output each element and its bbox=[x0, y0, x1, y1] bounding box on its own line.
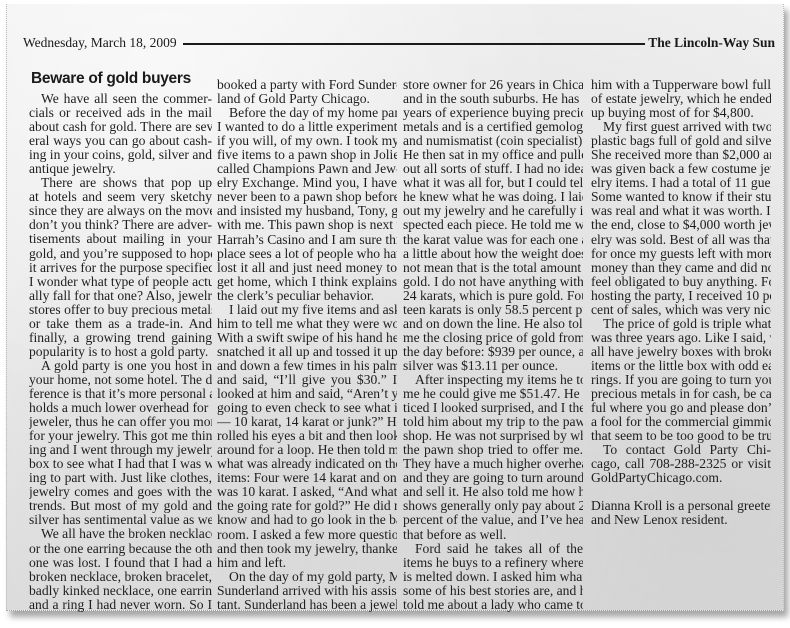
article-text-line: some of his best stories are, and he bbox=[403, 584, 583, 598]
article-text-line: jeweler, thus he can offer you more bbox=[29, 415, 212, 429]
article-text-line: and they are going to turn around bbox=[403, 471, 583, 485]
article-text-line: — 10 karat, 14 karat or junk?” He bbox=[217, 415, 397, 429]
article-text-line: know and had to go look in the back bbox=[217, 513, 397, 527]
article-text-line: and in the south suburbs. He has 28 bbox=[403, 92, 583, 106]
article-text-line: and insisted my husband, Tony, go bbox=[217, 204, 397, 218]
article-text-line: items: Four were 14 karat and one bbox=[217, 471, 397, 485]
article-text-line: Before the day of my home party bbox=[217, 106, 397, 120]
paragraph-spacer bbox=[591, 485, 771, 499]
article-text-line: hosting the party, I received 10 per- bbox=[591, 289, 771, 303]
article-text-line: metals and is a certified gemologist bbox=[403, 120, 583, 134]
article-text-line: trends. But most of my gold and bbox=[29, 499, 212, 513]
article-text-line: and numismatist (coin specialist). bbox=[403, 134, 583, 148]
article-text-line: that before as well. bbox=[403, 528, 583, 542]
article-text-line: if you will, of my own. I took my bbox=[217, 134, 397, 148]
article-text-line: about cash for gold. There are sev- bbox=[29, 120, 212, 134]
article-text-line: He then sat in my office and pulled bbox=[403, 148, 583, 162]
article-text-line: going to even check to see what it is bbox=[217, 401, 397, 415]
article-text-line: all have jewelry boxes with broken bbox=[591, 345, 771, 359]
article-text-line: at hotels and seem very sketchy bbox=[29, 190, 212, 204]
article-text-line: me he could give me $51.47. He no- bbox=[403, 387, 583, 401]
article-text-line: The price of gold is triple what it bbox=[591, 317, 771, 331]
article-text-line: broken necklace, broken bracelet, a bbox=[29, 570, 212, 584]
article-text-line: elry Exchange. Mind you, I have bbox=[217, 176, 397, 190]
article-text-line: finally, a growing trend gaining bbox=[29, 331, 212, 345]
article-text-line: Harrah’s Casino and I am sure this bbox=[217, 233, 397, 247]
article-text-line: items he buys to a refinery where it bbox=[403, 556, 583, 570]
article-text-line: ing and I went through my jewelry bbox=[29, 443, 212, 457]
article-text-line: was given back a few costume jew- bbox=[591, 162, 771, 176]
article-text-line: To contact Gold Party Chi- bbox=[591, 443, 771, 457]
article-text-line: one was lost. I found that I had a bbox=[29, 556, 212, 570]
article-text-line: box to see what I had that I was will- bbox=[29, 457, 212, 471]
article-text-line: percent of the value, and I’ve heard bbox=[403, 513, 583, 527]
article-text-line: ference is that it’s more personal and bbox=[29, 387, 212, 401]
article-text-line: badly kinked necklace, one earring bbox=[29, 584, 212, 598]
article-text-line: A gold party is one you host in bbox=[29, 359, 212, 373]
article-column-1: We have all seen the commer-cials or rec… bbox=[29, 92, 212, 612]
article-text-line: get home, which I think explains bbox=[217, 275, 397, 289]
article-text-line: rolled his eyes a bit and then looked bbox=[217, 429, 397, 443]
article-text-line: the going rate for gold?” He did not bbox=[217, 499, 397, 513]
article-text-line: ing in your coins, gold, silver and bbox=[29, 148, 212, 162]
article-text-line: cials or received ads in the mail bbox=[29, 106, 212, 120]
article-text-line: me the closing price of gold from bbox=[403, 331, 583, 345]
article-text-line: him with a Tupperware bowl full bbox=[591, 78, 771, 92]
article-column-4: him with a Tupperware bowl fullof estate… bbox=[591, 78, 771, 528]
article-text-line: looked at him and said, “Aren’t you bbox=[217, 387, 397, 401]
article-text-line: place sees a lot of people who have bbox=[217, 247, 397, 261]
article-text-line: ful where you go and please don’t be bbox=[591, 401, 771, 415]
article-text-line: cent of sales, which was very nice. bbox=[591, 303, 771, 317]
article-text-line: I wanted to do a little experiment, bbox=[217, 120, 397, 134]
article-text-line: the karat value was for each one and bbox=[403, 233, 583, 247]
article-text-line: and a ring I had never worn. So I bbox=[29, 598, 212, 612]
article-text-line: was real and what it was worth. In bbox=[591, 204, 771, 218]
article-text-line: for your jewelry. This got me think- bbox=[29, 429, 212, 443]
article-text-line: the clerk’s peculiar behavior. bbox=[217, 289, 397, 303]
article-text-line: a little about how the weight does bbox=[403, 247, 583, 261]
article-text-line: or the one earring because the other bbox=[29, 542, 212, 556]
masthead-rule bbox=[183, 43, 646, 45]
article-text-line: elry items. I had a total of 11 guests. bbox=[591, 176, 771, 190]
article-text-line: lost it all and just need money to bbox=[217, 261, 397, 275]
article-text-line: told me about a lady who came to bbox=[403, 598, 583, 612]
article-text-line: and sell it. He also told me how hotel bbox=[403, 485, 583, 499]
article-text-line: silver was $13.11 per ounce. bbox=[403, 359, 583, 373]
article-text-line: We all have the broken necklace bbox=[29, 527, 212, 541]
article-column-2: booked a party with Ford Sunder-land of … bbox=[217, 78, 397, 612]
article-text-line: and on down the line. He also told bbox=[403, 317, 583, 331]
masthead: Wednesday, March 18, 2009 The Lincoln-Wa… bbox=[23, 35, 775, 51]
article-text-line: for once my guests left with more bbox=[591, 247, 771, 261]
article-text-line: five items to a pawn shop in Joliet bbox=[217, 148, 397, 162]
article-text-line: or take them as a trade-in. And bbox=[29, 317, 212, 331]
article-text-line: not mean that is the total amount of bbox=[403, 261, 583, 275]
article-text-line: the pawn shop tried to offer me. bbox=[403, 443, 583, 457]
article-text-line: popularity is to host a gold party. bbox=[29, 345, 212, 359]
article-text-line: money than they came and did not bbox=[591, 261, 771, 275]
article-text-line: room. I asked a few more questions bbox=[217, 528, 397, 542]
article-text-line: GoldPartyChicago.com. bbox=[591, 471, 771, 485]
article-text-line: items or the little box with odd ear- bbox=[591, 359, 771, 373]
article-text-line: a fool for the commercial gimmicks bbox=[591, 415, 771, 429]
article-text-line: snatched it all up and tossed it up bbox=[217, 345, 397, 359]
article-text-line: jewelry comes and goes with the bbox=[29, 485, 212, 499]
article-text-line: and down a few times in his palm bbox=[217, 359, 397, 373]
article-text-line: ing to part with. Just like clothes, bbox=[29, 471, 212, 485]
publication-date: Wednesday, March 18, 2009 bbox=[23, 35, 177, 51]
article-text-line: cago, call 708-288-2325 or visit bbox=[591, 457, 771, 471]
article-column-3: store owner for 26 years in Chicagoand i… bbox=[403, 78, 583, 612]
article-text-line: what it was all for, but I could tell bbox=[403, 176, 583, 190]
article-text-line: feel obligated to buy anything. For bbox=[591, 275, 771, 289]
article-text-line: him and left. bbox=[217, 556, 397, 570]
article-text-line: My first guest arrived with two bbox=[591, 120, 771, 134]
article-text-line: what was already indicated on the bbox=[217, 457, 397, 471]
article-text-line: teen karats is only 58.5 percent pure bbox=[403, 303, 583, 317]
article-text-line: elry was sold. Best of all was that bbox=[591, 233, 771, 247]
article-text-line: spected each piece. He told me what bbox=[403, 218, 583, 232]
article-text-line: land of Gold Party Chicago. bbox=[217, 92, 397, 106]
article-text-line: him to tell me what they were worth. bbox=[217, 317, 397, 331]
article-text-line: he knew what he was doing. I laid bbox=[403, 190, 583, 204]
article-text-line: She received more than $2,000 and bbox=[591, 148, 771, 162]
article-text-line: of estate jewelry, which he ended bbox=[591, 92, 771, 106]
article-text-line: out all sorts of stuff. I had no idea bbox=[403, 162, 583, 176]
article-text-line: There are shows that pop up bbox=[29, 176, 212, 190]
article-text-line: since they are always on the move, bbox=[29, 204, 212, 218]
article-text-line: Sunderland arrived with his assis- bbox=[217, 584, 397, 598]
article-text-line: I laid out my five items and asked bbox=[217, 303, 397, 317]
article-text-line: silver has sentimental value as well. bbox=[29, 513, 212, 527]
article-text-line: After inspecting my items he told bbox=[403, 373, 583, 387]
article-text-line: Some wanted to know if their stuff bbox=[591, 190, 771, 204]
article-text-line: antique jewelry. bbox=[29, 162, 212, 176]
article-text-line: tisements about mailing in your bbox=[29, 232, 212, 246]
article-text-line: 24 karats, which is pure gold. Four- bbox=[403, 289, 583, 303]
article-text-line: booked a party with Ford Sunder- bbox=[217, 78, 397, 92]
article-text-line: don’t you think? There are adver- bbox=[29, 218, 212, 232]
article-text-line: up buying most of for $4,800. bbox=[591, 106, 771, 120]
article-text-line: your home, not some hotel. The dif- bbox=[29, 373, 212, 387]
article-text-line: shows generally only pay about 25 bbox=[403, 499, 583, 513]
article-text-line: years of experience buying precious bbox=[403, 106, 583, 120]
article-text-line: Ford said he takes all of the bbox=[403, 542, 583, 556]
article-text-line: was 10 karat. I asked, “And what is bbox=[217, 485, 397, 499]
article-text-line: eral ways you can go about cash- bbox=[29, 134, 212, 148]
article-text-line: gold. I do not have anything with bbox=[403, 275, 583, 289]
article-text-line: tant. Sunderland has been a jewelry bbox=[217, 598, 397, 612]
article-text-line: around for a loop. He then told me bbox=[217, 443, 397, 457]
article-text-line: is melted down. I asked him what bbox=[403, 570, 583, 584]
article-text-line: holds a much lower overhead for the bbox=[29, 401, 212, 415]
article-text-line: and said, “I’ll give you $30.” I bbox=[217, 373, 397, 387]
article-text-line: called Champions Pawn and Jew- bbox=[217, 162, 397, 176]
article-text-line: precious metals in for cash, be care- bbox=[591, 387, 771, 401]
article-text-line: ticed I looked surprised, and I then bbox=[403, 401, 583, 415]
article-text-line: On the day of my gold party, Mr. bbox=[217, 570, 397, 584]
article-text-line: and New Lenox resident. bbox=[591, 513, 771, 527]
article-text-line: the day before: $939 per ounce, and bbox=[403, 345, 583, 359]
article-text-line: the end, close to $4,000 worth jew- bbox=[591, 218, 771, 232]
article-text-line: I wonder what type of people actu- bbox=[29, 275, 212, 289]
article-text-line: Dianna Kroll is a personal greeter bbox=[591, 499, 771, 513]
article-text-line: with me. This pawn shop is next to bbox=[217, 218, 397, 232]
article-text-line: it arrives for the purpose specified. bbox=[29, 261, 212, 275]
article-text-line: plastic bags full of gold and silver. bbox=[591, 134, 771, 148]
article-text-line: gold, and you’re supposed to hope bbox=[29, 247, 212, 261]
article-text-line: never been to a pawn shop before bbox=[217, 190, 397, 204]
article-headline: Beware of gold buyers bbox=[31, 70, 191, 88]
article-text-line: We have all seen the commer- bbox=[29, 92, 212, 106]
article-text-line: told him about my trip to the pawn bbox=[403, 415, 583, 429]
article-text-line: stores offer to buy precious metals bbox=[29, 303, 212, 317]
article-text-line: ally fall for that one? Also, jewelry bbox=[29, 289, 212, 303]
article-text-line: They have a much higher overhead bbox=[403, 457, 583, 471]
article-text-line: rings. If you are going to turn your bbox=[591, 373, 771, 387]
article-text-line: and then took my jewelry, thanked bbox=[217, 542, 397, 556]
article-text-line: that seem to be too good to be true. bbox=[591, 429, 771, 443]
article-text-line: store owner for 26 years in Chicago bbox=[403, 78, 583, 92]
article-text-line: With a swift swipe of his hand he bbox=[217, 331, 397, 345]
article-text-line: was three years ago. Like I said, we bbox=[591, 331, 771, 345]
article-text-line: shop. He was not surprised by what bbox=[403, 429, 583, 443]
publication-name: The Lincoln-Way Sun bbox=[648, 35, 775, 51]
article-text-line: out my jewelry and he carefully in- bbox=[403, 204, 583, 218]
